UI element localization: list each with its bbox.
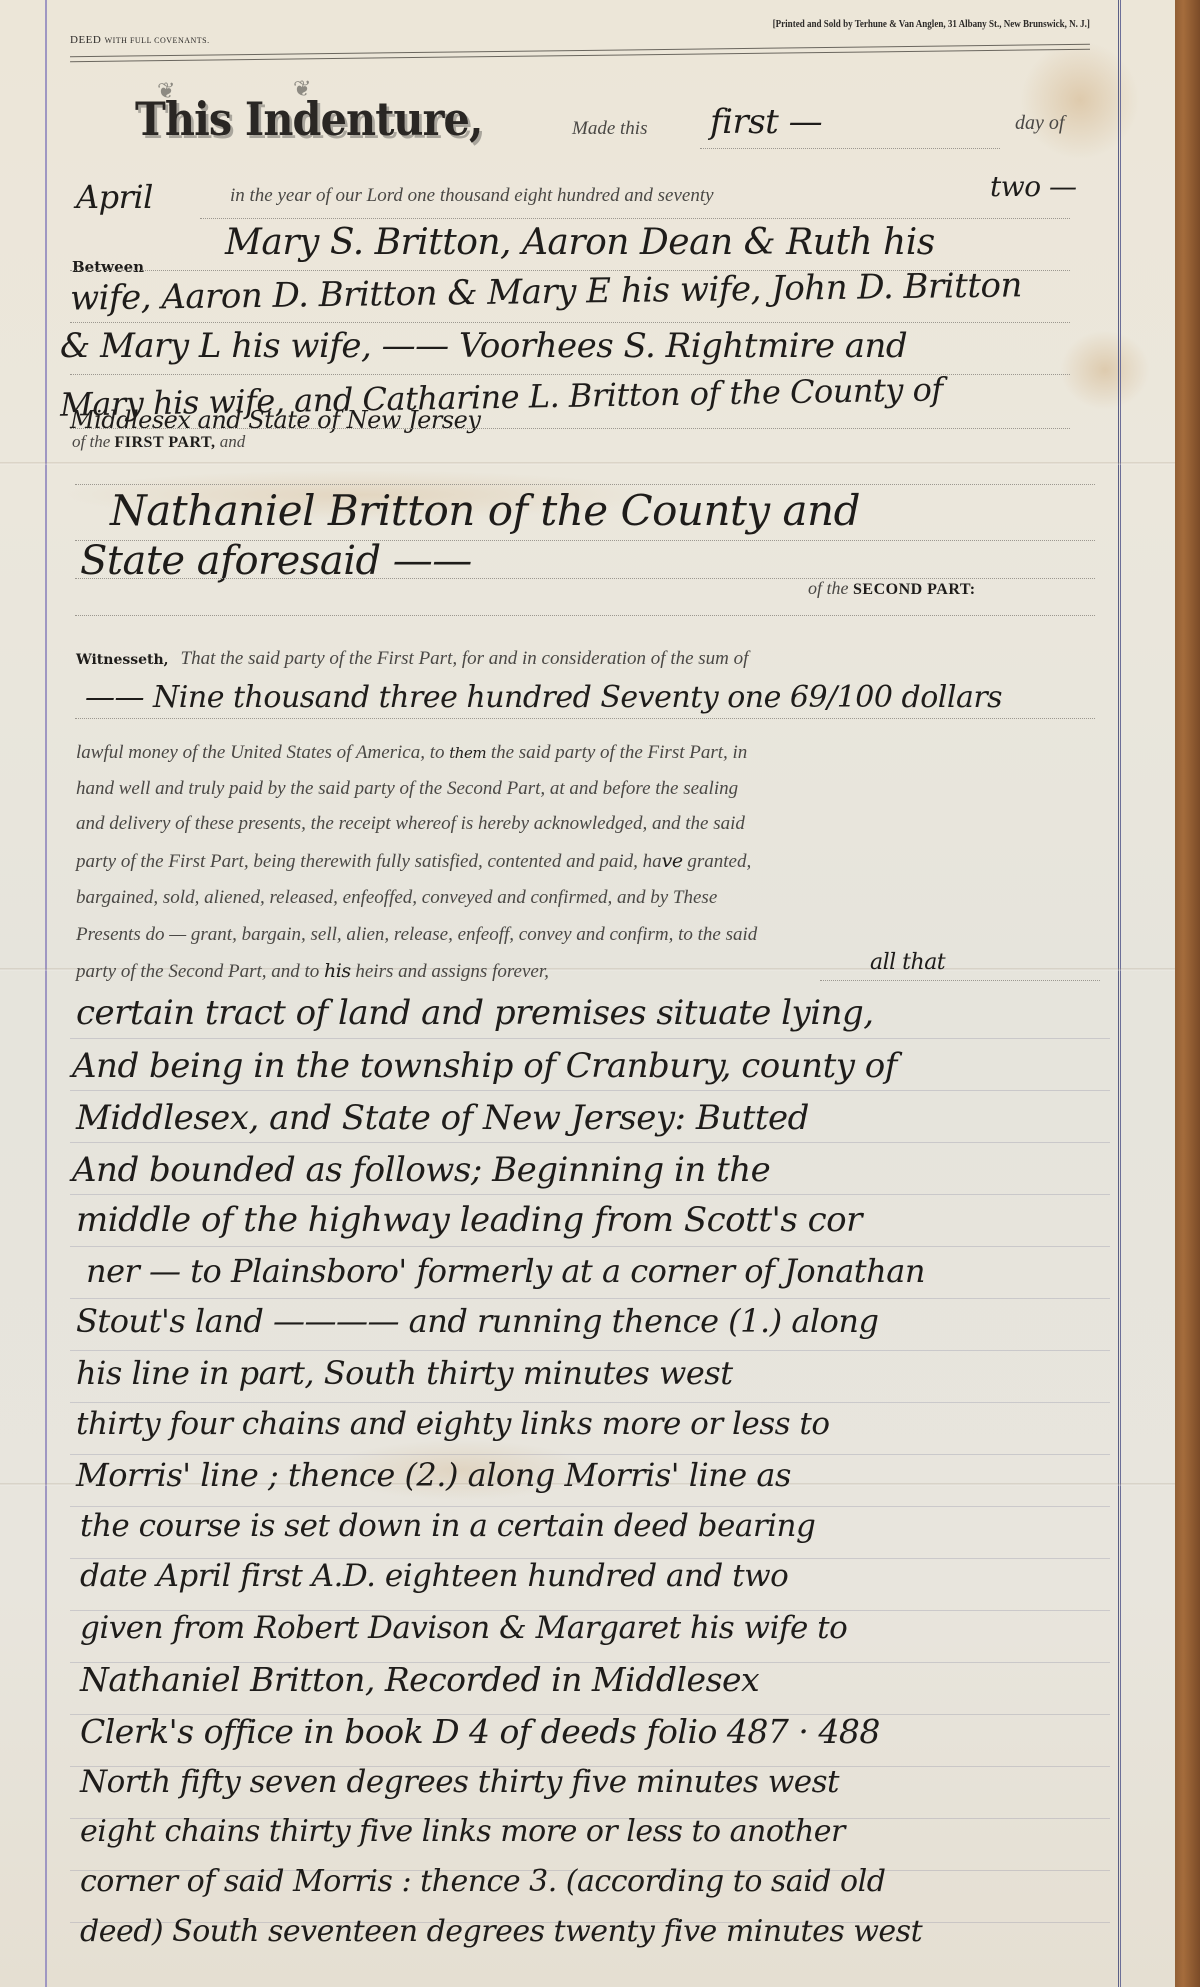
all-that-insert: all that: [870, 950, 945, 975]
day-of-label: day of: [1015, 112, 1064, 135]
description-line: middle of the highway leading from Scott…: [76, 1200, 862, 1240]
description-line: Nathaniel Britton, Recorded in Middlesex: [80, 1660, 759, 1699]
ruled-line: [70, 374, 1070, 375]
ruled-line: [75, 615, 1095, 616]
between-label: Between: [72, 258, 144, 276]
printed-clause-line: Presents do — grant, bargain, sell, alie…: [76, 924, 757, 946]
stain: [1060, 330, 1150, 410]
ruled-line: [75, 718, 1095, 719]
first-part-line: wife, Aaron D. Britton & Mary E his wife…: [70, 265, 1022, 318]
description-line: And bounded as follows; Beginning in the: [72, 1150, 770, 1190]
description-line: Clerk's office in book D 4 of deeds foli…: [80, 1712, 880, 1751]
paper-fold: [0, 462, 1175, 465]
consideration-amount: —— Nine thousand three hundred Seventy o…: [85, 680, 1002, 715]
first-part-line: & Mary L his wife, —— Voorhees S. Rightm…: [60, 326, 907, 366]
second-part-line: Nathaniel Britton of the County and: [110, 486, 860, 535]
ruled-line: [70, 1454, 1110, 1455]
ruled-line: [70, 428, 1070, 429]
wooden-table-edge: [1172, 0, 1200, 1987]
printed-clause-line: party of the First Part, being therewith…: [76, 850, 751, 873]
ruled-line: [70, 1038, 1110, 1039]
ruled-line: [70, 1298, 1110, 1299]
first-part-line: Middlesex and State of New Jersey: [70, 406, 480, 434]
printed-clause-line: bargained, sold, aliened, released, enfe…: [76, 887, 717, 909]
description-line: eight chains thirty five links more or l…: [80, 1814, 845, 1849]
month-value: April: [76, 178, 153, 216]
printed-clause-line: hand well and truly paid by the said par…: [76, 778, 738, 800]
printer-note: [Printed and Sold by Terhune & Van Angle…: [773, 18, 1090, 30]
ruled-line: [70, 1402, 1110, 1403]
deed-paper: DEED WITH FULL COVENANTS. [Printed and S…: [0, 0, 1175, 1987]
description-line: And being in the township of Cranbury, c…: [72, 1046, 897, 1086]
ruled-line: [70, 1194, 1110, 1195]
ruled-line: [70, 322, 1070, 323]
printed-clause-line: and delivery of these presents, the rece…: [76, 813, 745, 835]
first-part-closing: of the FIRST PART, and: [72, 432, 245, 452]
day-rule: [700, 148, 1000, 149]
description-line: given from Robert Davison & Margaret his…: [80, 1610, 847, 1646]
description-line: the course is set down in a certain deed…: [80, 1508, 815, 1544]
right-margin-rule: [1118, 0, 1121, 1987]
year-value: two —: [990, 170, 1076, 203]
description-line: deed) South seventeen degrees twenty fiv…: [80, 1914, 922, 1949]
ruled-line: [70, 1090, 1110, 1091]
printed-clause-line: lawful money of the United States of Ame…: [76, 742, 747, 764]
first-part-line: Mary S. Britton, Aaron Dean & Ruth his: [225, 222, 935, 263]
title-heading: This Indenture,: [135, 92, 482, 146]
second-part-closing: of the SECOND PART:: [808, 578, 976, 599]
ruled-line: [70, 270, 1070, 271]
indenture-title: ❦ ❦ This Indenture,: [135, 92, 521, 162]
year-text: in the year of our Lord one thousand eig…: [230, 185, 714, 207]
ruled-line: [70, 1506, 1110, 1507]
description-line: ner — to Plainsboro' formerly at a corne…: [86, 1252, 925, 1290]
description-line: certain tract of land and premises situa…: [76, 993, 874, 1033]
witnesseth-line: Witnesseth, That the said party of the F…: [76, 648, 748, 670]
description-line: Middlesex, and State of New Jersey: Butt…: [76, 1098, 809, 1138]
made-this-label: Made this: [572, 118, 647, 140]
form-title: DEED WITH FULL COVENANTS.: [70, 34, 210, 46]
description-line: corner of said Morris : thence 3. (accor…: [80, 1864, 885, 1899]
ruled-line: [70, 1142, 1110, 1143]
description-line: thirty four chains and eighty links more…: [76, 1406, 830, 1442]
witnesseth-label: Witnesseth,: [76, 652, 169, 668]
form-header: DEED WITH FULL COVENANTS. [Printed and S…: [70, 18, 1090, 46]
ruled-line: [820, 980, 1100, 981]
left-margin-rule: [45, 0, 47, 1987]
ruled-line: [200, 218, 1070, 219]
header-rule: [70, 44, 1090, 62]
printed-clause-line: party of the Second Part, and to his hei…: [76, 960, 549, 983]
stain: [1020, 40, 1140, 160]
ruled-line: [70, 1350, 1110, 1351]
ruled-line: [70, 1246, 1110, 1247]
day-value: first —: [710, 102, 822, 142]
description-line: date April first A.D. eighteen hundred a…: [80, 1558, 788, 1594]
description-line: North fifty seven degrees thirty five mi…: [80, 1764, 839, 1800]
description-line: Morris' line ; thence (2.) along Morris'…: [76, 1456, 791, 1494]
ruled-line: [75, 484, 1095, 485]
description-line: his line in part, South thirty minutes w…: [76, 1354, 733, 1392]
description-line: Stout's land ———— and running thence (1.…: [76, 1302, 879, 1340]
